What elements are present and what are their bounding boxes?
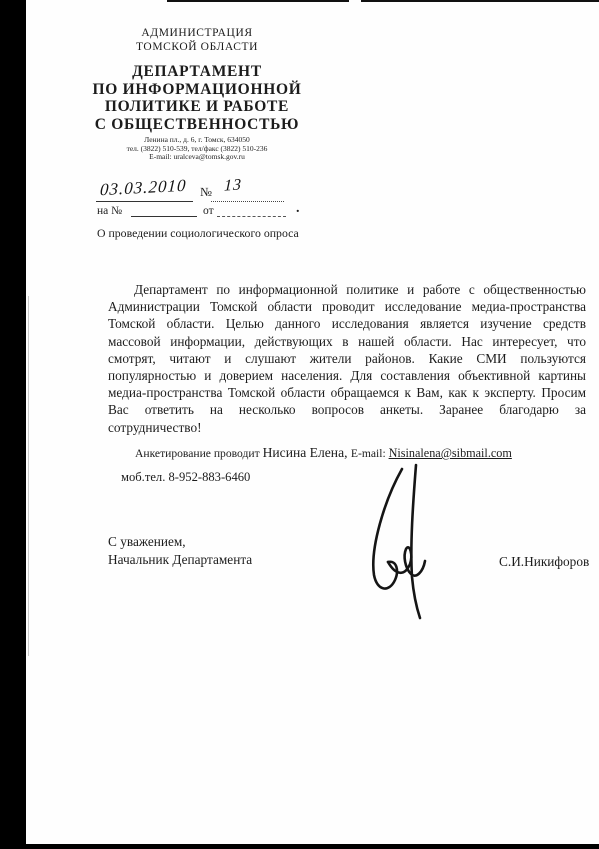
closing-regards: С уважением, bbox=[108, 534, 186, 550]
reply-reference-prefix: на № bbox=[97, 205, 122, 217]
number-underline bbox=[211, 201, 284, 202]
scan-artifact-bottom-edge bbox=[0, 844, 599, 849]
number-sign: № bbox=[200, 185, 212, 200]
department-name-line4: С ОБЩЕСТВЕННОСТЬЮ bbox=[40, 116, 354, 134]
department-name-line3: ПОЛИТИКЕ И РАБОТЕ bbox=[40, 98, 354, 116]
scan-artifact-top-edge bbox=[361, 0, 599, 2]
scan-artifact-fold-line bbox=[28, 296, 29, 656]
letterhead: АДМИНИСТРАЦИЯ ТОМСКОЙ ОБЛАСТИ ДЕПАРТАМЕН… bbox=[40, 26, 354, 162]
handwritten-date: 03.03.2010 bbox=[100, 176, 187, 201]
signature-scribble bbox=[352, 463, 444, 621]
reply-date-blank bbox=[217, 216, 286, 217]
body-paragraph: Департамент по информационной политике и… bbox=[108, 281, 586, 436]
scanned-letter-page: АДМИНИСТРАЦИЯ ТОМСКОЙ ОБЛАСТИ ДЕПАРТАМЕН… bbox=[0, 0, 599, 849]
letterhead-email: E-mail: uralceva@tomsk.gov.ru bbox=[40, 153, 354, 162]
date-underline bbox=[96, 201, 193, 202]
org-name-line1: АДМИНИСТРАЦИЯ bbox=[40, 26, 354, 40]
contact-person-name: Нисина Елена, bbox=[263, 445, 351, 460]
contact-line: Анкетирование проводит Нисина Елена, E-m… bbox=[135, 445, 512, 461]
contact-email-label: E-mail: bbox=[351, 447, 389, 460]
org-name-line2: ТОМСКОЙ ОБЛАСТИ bbox=[40, 40, 354, 54]
subject-line: О проведении социологического опроса bbox=[97, 226, 299, 241]
closing-position: Начальник Департамента bbox=[108, 552, 252, 568]
department-name: ДЕПАРТАМЕНТ ПО ИНФОРМАЦИОННОЙ ПОЛИТИКЕ И… bbox=[40, 63, 354, 133]
scan-artifact-left-edge bbox=[0, 0, 26, 849]
department-name-line2: ПО ИНФОРМАЦИОННОЙ bbox=[40, 81, 354, 99]
reply-from-label: от bbox=[203, 205, 214, 217]
reply-number-blank bbox=[131, 216, 197, 217]
mobile-phone-line: моб.тел. 8-952-883-6460 bbox=[121, 470, 250, 485]
handwritten-doc-number: 13 bbox=[224, 176, 243, 195]
scan-artifact-top-edge bbox=[167, 0, 349, 2]
letterhead-contacts: Ленина пл., д. 6, г. Томск, 634050 тел. … bbox=[40, 136, 354, 162]
signer-name: С.И.Никифоров bbox=[499, 554, 589, 570]
stray-dot-mark: . bbox=[296, 201, 300, 217]
contact-prefix: Анкетирование проводит bbox=[135, 447, 263, 460]
contact-email-link: Nisinalena@sibmail.com bbox=[389, 446, 512, 460]
department-name-line1: ДЕПАРТАМЕНТ bbox=[40, 63, 354, 81]
